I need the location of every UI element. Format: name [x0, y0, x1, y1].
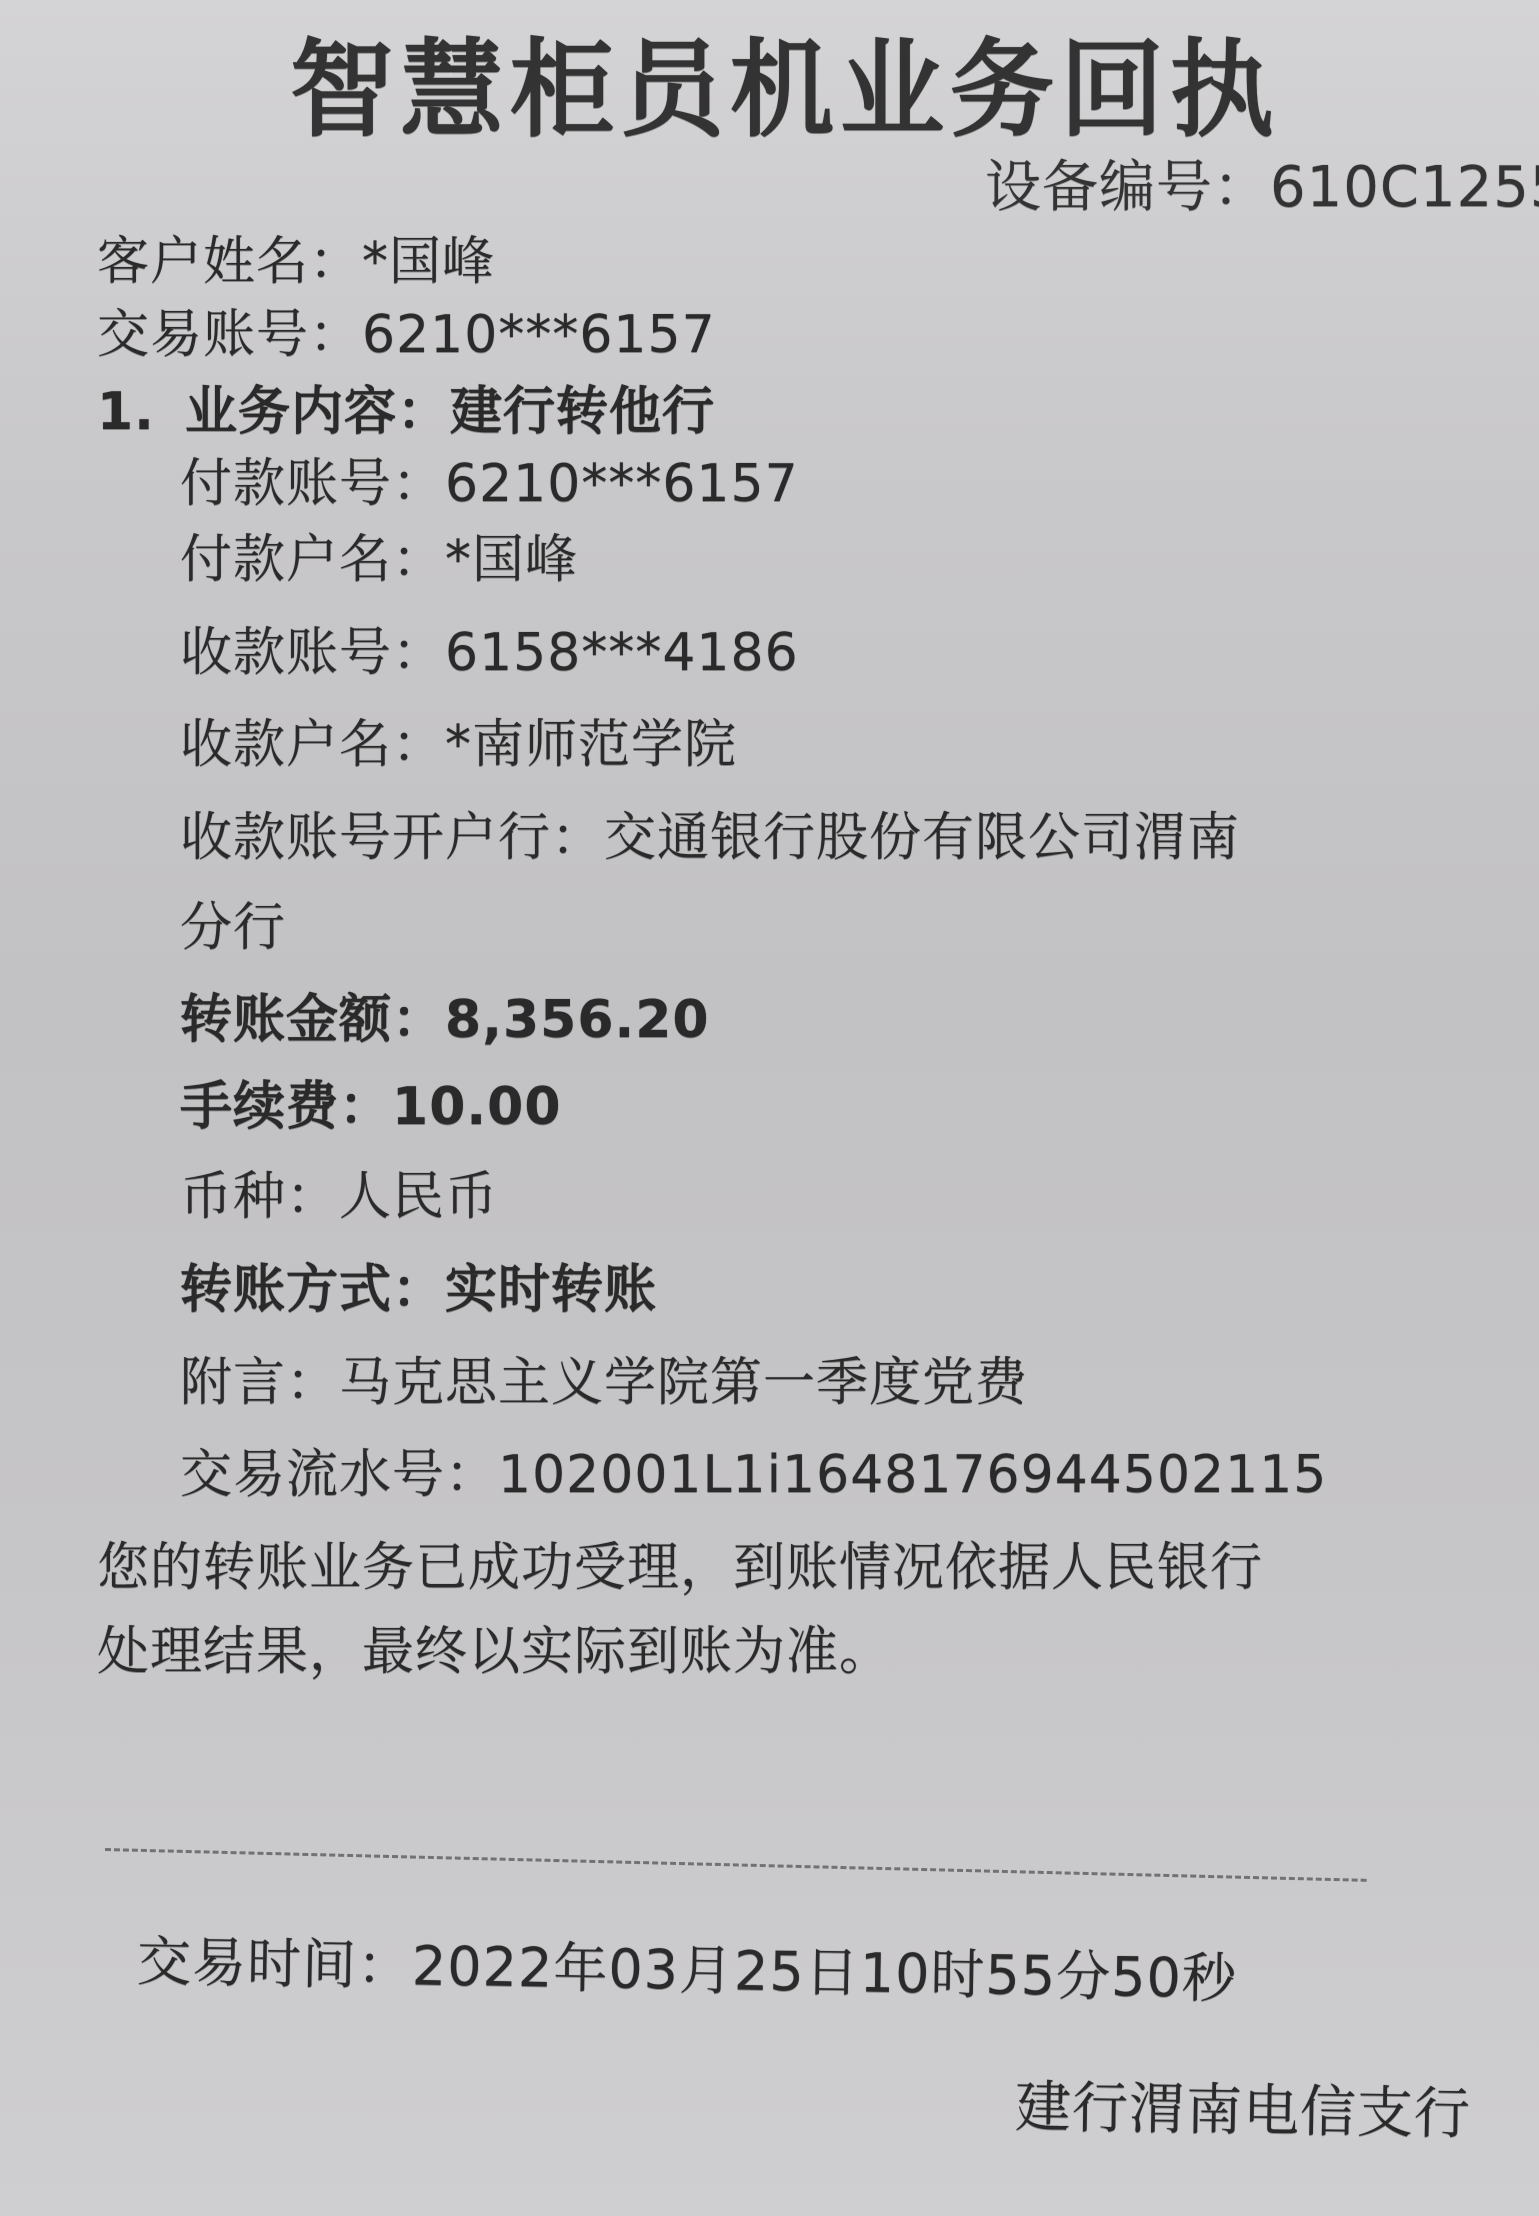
field-label: 转账金额：	[180, 990, 445, 1050]
customer-name-value: *国峰	[362, 232, 495, 292]
field-label: 手续费：	[180, 1077, 392, 1137]
field-value: 实时转账	[445, 1260, 657, 1320]
business-content-value: 建行转他行	[450, 382, 715, 442]
device-number-label: 设备编号：	[985, 155, 1270, 220]
fee-row: 手续费：10.00	[180, 1081, 562, 1133]
payee-bank-row: 收款账号开户行：交通银行股份有限公司渭南	[180, 812, 1240, 864]
transaction-account-value: 6210***6157	[362, 305, 716, 365]
payee-bank-row-continued: 分行	[180, 902, 286, 954]
item-number: 1.	[97, 386, 185, 438]
payer-name-row: 付款户名：*国峰	[180, 534, 578, 586]
field-label: 收款户名：	[180, 715, 445, 775]
field-label: 交易流水号：	[180, 1445, 498, 1505]
field-value: 6210***6157	[445, 454, 799, 514]
field-label: 币种：	[180, 1167, 339, 1227]
payee-account-row: 收款账号：6158***4186	[180, 627, 799, 679]
field-value: 分行	[180, 898, 286, 958]
field-value: 交通银行股份有限公司渭南	[604, 808, 1240, 868]
field-label: 附言：	[180, 1353, 339, 1413]
transaction-account-row: 交易账号：6210***6157	[97, 309, 716, 361]
field-label: 转账方式：	[180, 1260, 445, 1320]
transaction-time-row: 交易时间：2022年03月25日10时55分50秒	[137, 1935, 1238, 2006]
receipt-title: 智慧柜员机业务回执	[290, 37, 1280, 143]
field-label: 收款账号：	[180, 623, 445, 683]
remarks-row: 附言：马克思主义学院第一季度党费	[180, 1357, 1028, 1409]
field-value: 102001L1i1648176944502115	[498, 1445, 1327, 1505]
field-value: 马克思主义学院第一季度党费	[339, 1353, 1028, 1413]
device-number-value: 610C1255	[1270, 155, 1539, 220]
device-number: 设备编号：610C1255	[985, 160, 1539, 216]
transaction-account-label: 交易账号：	[97, 305, 362, 365]
field-value: 人民币	[339, 1167, 498, 1227]
atm-receipt: 智慧柜员机业务回执 设备编号：610C1255 客户姓名：*国峰 交易账号：62…	[0, 0, 1539, 2216]
field-value: 10.00	[392, 1077, 561, 1137]
customer-name-label: 客户姓名：	[97, 232, 362, 292]
transfer-amount-row: 转账金额：8,356.20	[180, 994, 710, 1046]
payee-name-row: 收款户名：*南师范学院	[180, 719, 737, 771]
business-content-row: 1.业务内容：建行转他行	[97, 386, 715, 438]
field-value: 6158***4186	[445, 623, 799, 683]
field-label: 收款账号开户行：	[180, 808, 604, 868]
notice-line-1: 您的转账业务已成功受理，到账情况依据人民银行	[97, 1542, 1263, 1594]
transfer-method-row: 转账方式：实时转账	[180, 1264, 657, 1316]
field-value: 8,356.20	[445, 990, 710, 1050]
serial-number-row: 交易流水号：102001L1i1648176944502115	[180, 1449, 1327, 1501]
transaction-time-value: 2022年03月25日10时55分50秒	[411, 1934, 1237, 2010]
dashed-divider	[105, 1848, 1367, 1882]
business-content-label: 业务内容：	[185, 382, 450, 442]
field-value: *南师范学院	[445, 715, 737, 775]
field-label: 付款户名：	[180, 530, 445, 590]
customer-name-row: 客户姓名：*国峰	[97, 236, 495, 288]
transaction-time-label: 交易时间：	[137, 1930, 413, 1997]
notice-line-2: 处理结果，最终以实际到账为准。	[97, 1626, 892, 1678]
field-value: *国峰	[445, 530, 578, 590]
payer-account-row: 付款账号：6210***6157	[180, 458, 799, 510]
branch-name: 建行渭南电信支行	[1015, 2080, 1472, 2143]
currency-row: 币种：人民币	[180, 1171, 498, 1223]
field-label: 付款账号：	[180, 454, 445, 514]
